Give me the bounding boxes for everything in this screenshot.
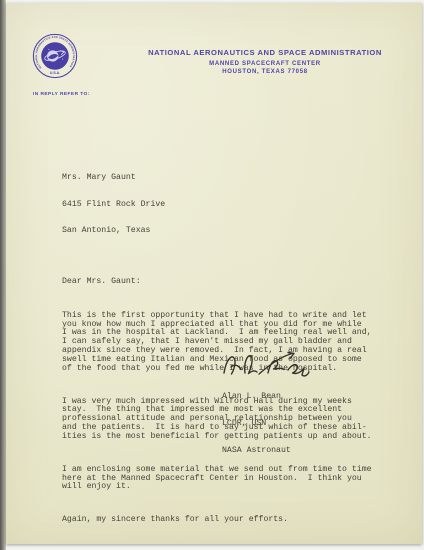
nasa-seal-icon: NATIONAL AERONAUTICS AND SPACE ADMINISTR…: [32, 33, 78, 79]
signature-block: Alan L. Bean LCDR, USN NASA Astronaut: [222, 374, 291, 474]
recipient-address: Mrs. Mary Gaunt 6415 Flint Rock Drive Sa…: [62, 157, 402, 254]
closing-line: Again, my sincere thanks for all your ef…: [62, 516, 402, 525]
letter-page: NATIONAL AERONAUTICS AND SPACE ADMINISTR…: [6, 3, 422, 544]
recipient-name: Mrs. Mary Gaunt: [62, 174, 402, 183]
reply-refer-label: IN REPLY REFER TO:: [33, 92, 90, 97]
letter-body: Mrs. Mary Gaunt 6415 Flint Rock Drive Sa…: [62, 139, 402, 549]
letterhead: NATIONAL AERONAUTICS AND SPACE ADMINISTR…: [110, 48, 420, 75]
recipient-city: San Antonio, Texas: [62, 227, 402, 236]
signer-rank: LCDR, USN: [222, 419, 291, 429]
center-name: MANNED SPACECRAFT CENTER: [110, 61, 420, 67]
recipient-street: 6415 Flint Rock Drive: [62, 201, 402, 210]
location-line: HOUSTON, TEXAS 77058: [110, 69, 420, 75]
agency-name: NATIONAL AERONAUTICS AND SPACE ADMINISTR…: [110, 48, 420, 57]
signer-title: NASA Astronaut: [222, 446, 291, 456]
seal-usa-text: U.S.A.: [50, 71, 60, 75]
signer-name: Alan L. Bean: [222, 392, 291, 402]
salutation: Dear Mrs. Gaunt:: [62, 278, 402, 287]
